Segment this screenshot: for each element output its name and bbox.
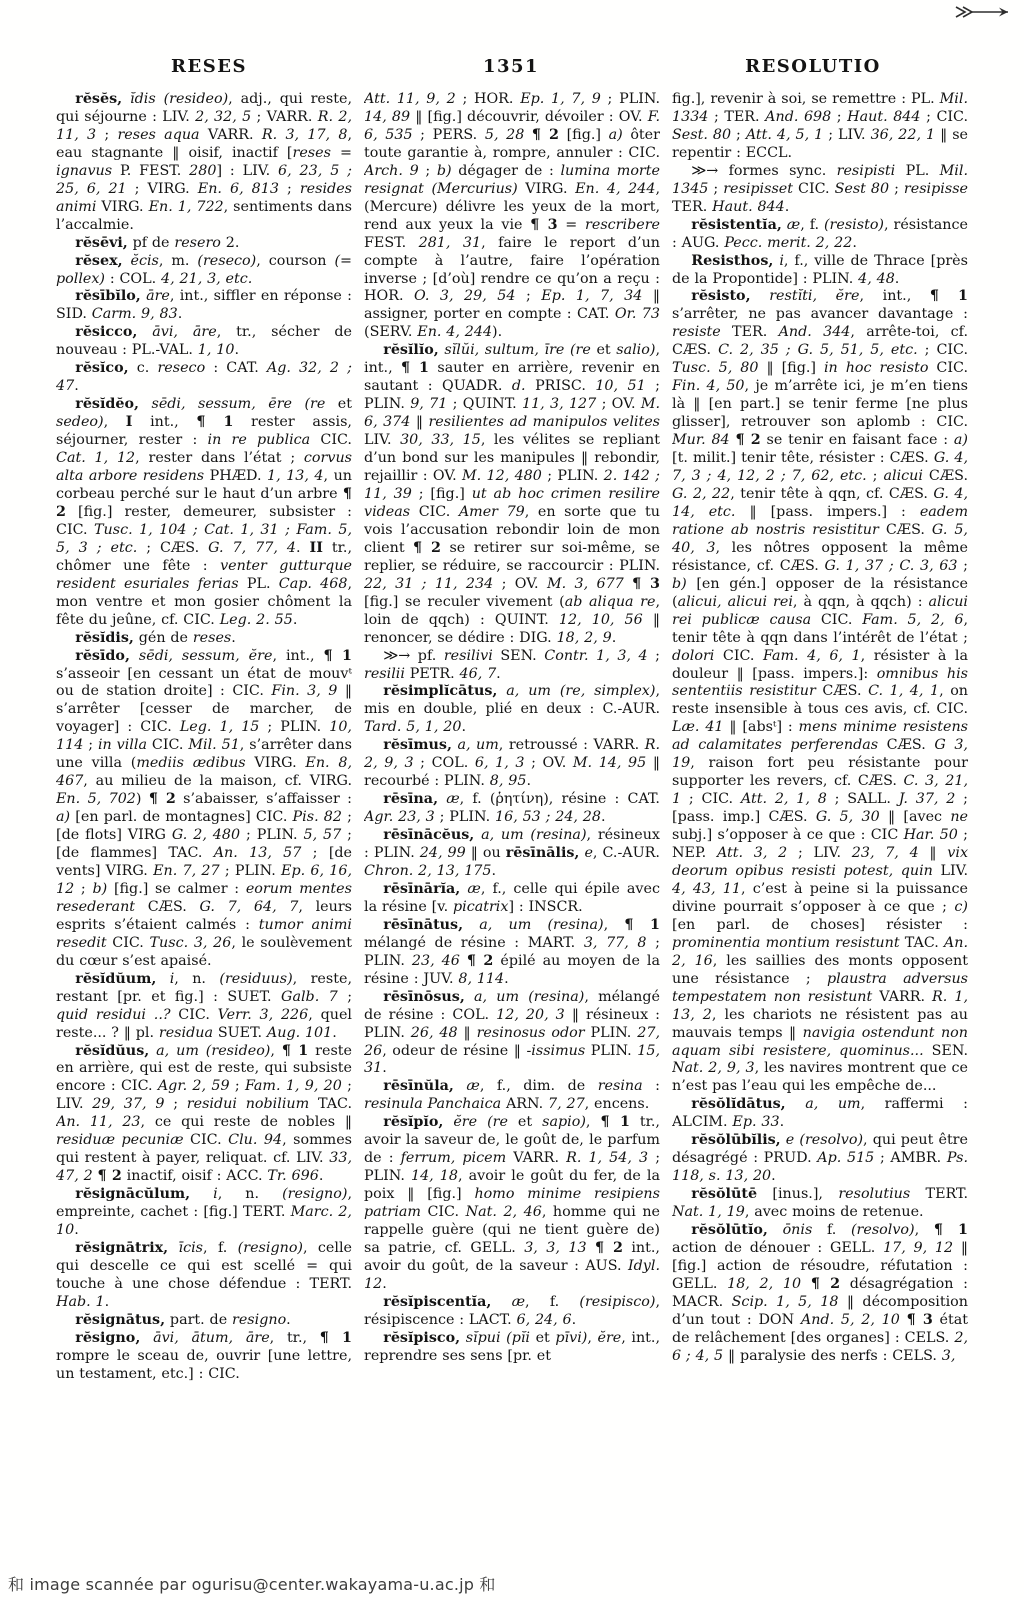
entry-paragraph: ≫→ pf. resilivi SEN. Contr. 1, 3, 4 ; re… bbox=[364, 648, 660, 684]
running-head: RESES 1351 RESOLUTIO bbox=[58, 56, 964, 77]
entry-paragraph: rĕsībĭlo, āre, int., siffler en réponse … bbox=[56, 288, 352, 324]
entry-paragraph: rĕsĭdis, gén de reses. bbox=[56, 630, 352, 648]
entry-paragraph: rĕsīmus, a, um, retroussé : VARR. R. 2, … bbox=[364, 737, 660, 791]
dictionary-page-scan: RESES 1351 RESOLUTIO rĕsĕs, ĭdis (reside… bbox=[0, 0, 1024, 1600]
entry-paragraph: rĕsistentĭa, æ, f. (resisto), résistance… bbox=[672, 217, 968, 253]
entry-paragraph: rĕsicco, āvi, āre, tr., sécher de nouvea… bbox=[56, 324, 352, 360]
column-1: rĕsĕs, ĭdis (resideo), adj., qui reste, … bbox=[56, 91, 352, 1558]
text-columns: rĕsĕs, ĭdis (resideo), adj., qui reste, … bbox=[56, 91, 968, 1558]
entry-paragraph: Resisthos, i, f., ville de Thrace [près … bbox=[672, 253, 968, 289]
entry-paragraph: rēsīnācĕus, a, um (resina), résineux : P… bbox=[364, 827, 660, 881]
entry-paragraph: rēsīnŭla, æ, f., dim. de resina : resinu… bbox=[364, 1078, 660, 1114]
entry-paragraph: rēsīnōsus, a, um (resina), mélangé de ré… bbox=[364, 989, 660, 1079]
entry-paragraph: rĕsignācŭlum, i, n. (resigno), empreinte… bbox=[56, 1186, 352, 1240]
entry-paragraph: rĕsisto, restĭti, ĕre, int., ¶ 1 s’arrêt… bbox=[672, 288, 968, 1096]
entry-paragraph: ≫→ formes sync. resipisti PL. Mil. 1345 … bbox=[672, 163, 968, 217]
entry-paragraph: rĕsĭpĭo, ĕre (re et sapio), ¶ 1 tr., avo… bbox=[364, 1114, 660, 1294]
entry-paragraph: rĕsigno, āvi, ātum, āre, tr., ¶ 1 rompre… bbox=[56, 1330, 352, 1384]
entry-paragraph: rēsīna, æ, f. (ῥητίνη), résine : CAT. Ag… bbox=[364, 791, 660, 827]
running-head-left: RESES bbox=[58, 56, 360, 77]
entry-paragraph: rĕsĭdŭum, i, n. (residuus), reste, resta… bbox=[56, 971, 352, 1043]
entry-paragraph: rĕsex, ĕcis, m. (reseco), courson (= pol… bbox=[56, 253, 352, 289]
entry-continuation: Att. 11, 9, 2 ; HOR. Ep. 1, 7, 9 ; PLIN.… bbox=[364, 91, 660, 342]
column-2: Att. 11, 9, 2 ; HOR. Ep. 1, 7, 9 ; PLIN.… bbox=[364, 91, 660, 1558]
entry-paragraph: rēsīnārĭa, æ, f., celle qui épile avec l… bbox=[364, 881, 660, 917]
entry-paragraph: rĕsŏlūtĭo, ōnis f. (resolvo), ¶ 1 action… bbox=[672, 1222, 968, 1366]
entry-paragraph: rĕsignātrix, īcis, f. (resigno), celle q… bbox=[56, 1240, 352, 1312]
entry-paragraph: rĕsĭco, c. reseco : CAT. Ag. 32, 2 ; 47. bbox=[56, 360, 352, 396]
entry-paragraph: rēsīnātus, a, um (resina), ¶ 1 mélangé d… bbox=[364, 917, 660, 989]
entry-paragraph: rĕsĕs, ĭdis (resideo), adj., qui reste, … bbox=[56, 91, 352, 235]
entry-paragraph: rĕsēvi, pf de resero 2. bbox=[56, 235, 352, 253]
entry-paragraph: rĕsĭdŭus, a, um (resideo), ¶ 1 reste en … bbox=[56, 1043, 352, 1187]
running-head-right: RESOLUTIO bbox=[662, 56, 964, 77]
entry-paragraph: rĕsimplĭcātus, a, um (re, simplex), mis … bbox=[364, 683, 660, 737]
entry-paragraph: rĕsīdo, sēdi, sessum, ĕre, int., ¶ 1 s’a… bbox=[56, 648, 352, 971]
page-number: 1351 bbox=[360, 56, 662, 77]
entry-paragraph: rĕsignātus, part. de resigno. bbox=[56, 1312, 352, 1330]
entry-paragraph: rĕsĭpiscentĭa, æ, f. (resipisco), résipi… bbox=[364, 1294, 660, 1330]
entry-paragraph: rĕsĭpisco, sĭpui (pĭi et pīvi), ĕre, int… bbox=[364, 1330, 660, 1366]
entry-paragraph: rĕsŏlūtē [inus.], resolutius TERT. Nat. … bbox=[672, 1186, 968, 1222]
entry-continuation: fig.], revenir à soi, se remettre : PL. … bbox=[672, 91, 968, 163]
scan-credit: 和 image scannée par ogurisu@center.wakay… bbox=[8, 1572, 496, 1595]
entry-paragraph: rĕsĭdĕo, sēdi, sessum, ēre (re et sedeo)… bbox=[56, 396, 352, 629]
page-turn-arrow-icon bbox=[954, 3, 1016, 21]
entry-paragraph: rĕsŏlĭdātus, a, um, raffermi : ALCIM. Ep… bbox=[672, 1096, 968, 1132]
entry-paragraph: rĕsĭlĭo, sĭlŭi, sultum, īre (re et salio… bbox=[364, 342, 660, 647]
entry-paragraph: rĕsŏlūbĭlis, e (resolvo), qui peut être … bbox=[672, 1132, 968, 1186]
column-3: fig.], revenir à soi, se remettre : PL. … bbox=[672, 91, 968, 1558]
